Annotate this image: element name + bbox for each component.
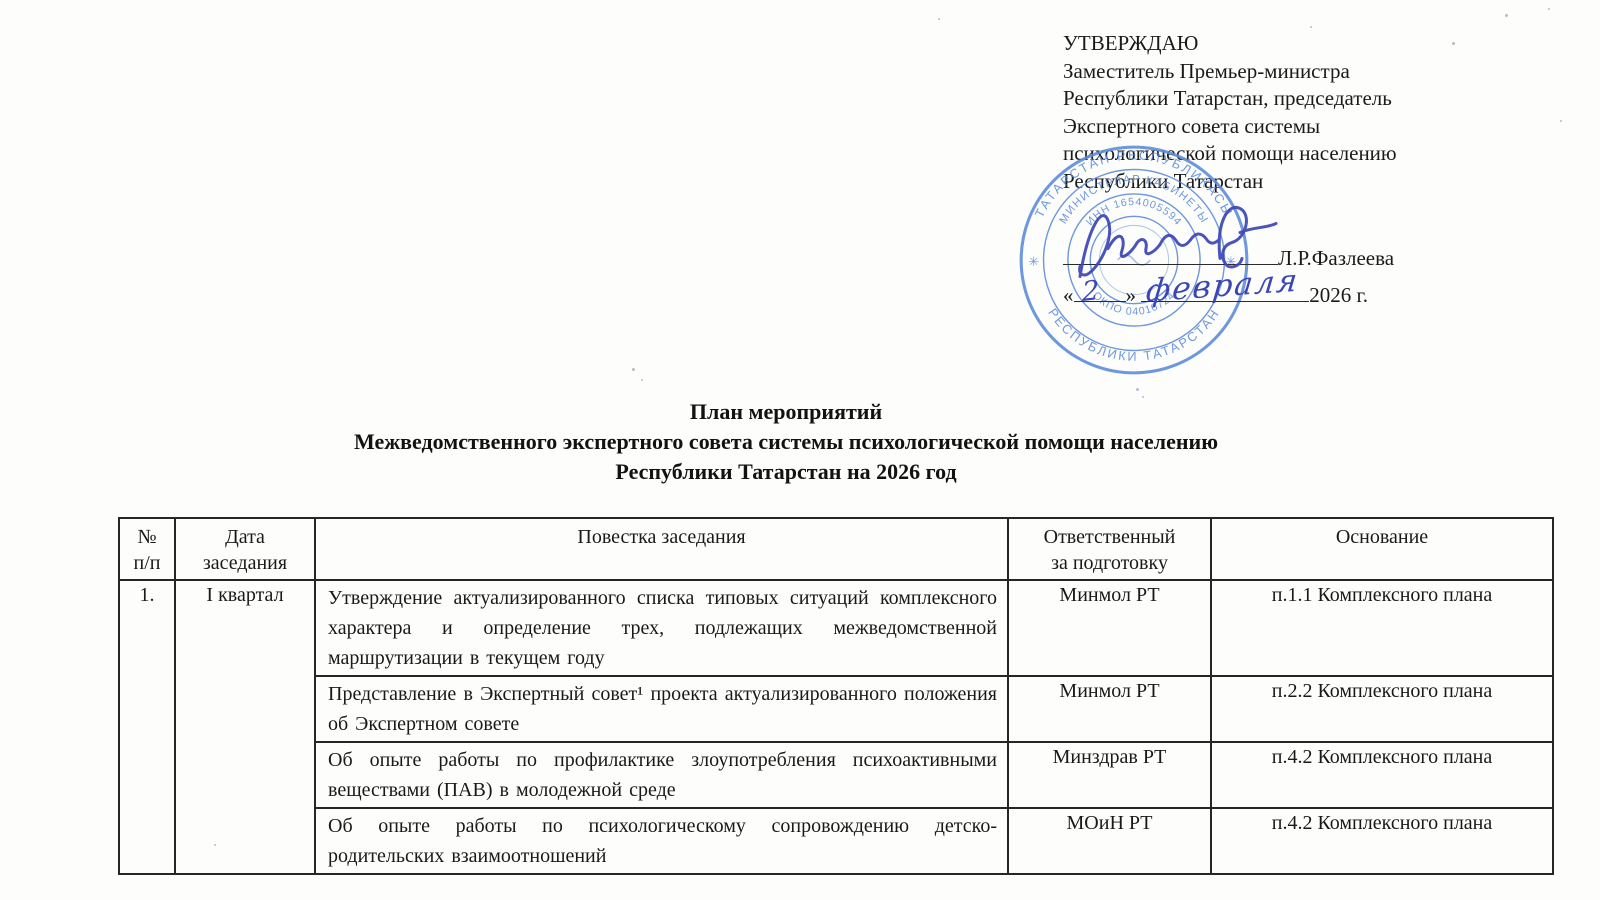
col-header-basis: Основание [1211,518,1553,580]
responsible-cell: Минмол РТ [1008,580,1211,676]
basis-cell: п.2.2 Комплексного плана [1211,676,1553,742]
col-header-date: Дата заседания [175,518,315,580]
title-line: План мероприятий [0,397,1572,427]
scan-noise [1142,396,1144,398]
col-header-responsible: Ответственный за подготовку [1008,518,1211,580]
agenda-cell: Об опыте работы по психологическому сопр… [315,808,1008,874]
table-row: 1. I квартал Утверждение актуализированн… [119,580,1553,676]
approval-line: Республики Татарстан, председатель [1063,85,1523,113]
col-header-agenda: Повестка заседания [315,518,1008,580]
scan-noise [1310,26,1312,28]
scan-noise [1548,8,1550,10]
scan-noise [938,18,940,20]
approval-line: Экспертного совета системы [1063,113,1523,141]
scan-noise [1560,120,1562,122]
row-number-cell: 1. [119,580,175,874]
responsible-cell: Минздрав РТ [1008,742,1211,808]
title-line: Республики Татарстан на 2026 год [0,457,1572,487]
table-header-row: № п/п Дата заседания Повестка заседания … [119,518,1553,580]
agenda-cell: Утверждение актуализированного списка ти… [315,580,1008,676]
scanned-document-page: УТВЕРЖДАЮ Заместитель Премьер-министра Р… [0,0,1600,900]
scan-noise [1505,14,1508,17]
responsible-cell: МОиН РТ [1008,808,1211,874]
table-row: Об опыте работы по профилактике злоупотр… [119,742,1553,808]
agenda-cell: Об опыте работы по профилактике злоупотр… [315,742,1008,808]
document-title: План мероприятий Межведомственного экспе… [0,397,1572,487]
scan-noise [632,368,635,371]
stamp-star-left-icon: ✳ [1028,254,1039,269]
basis-cell: п.4.2 Комплексного плана [1211,742,1553,808]
quarter-cell: I квартал [175,580,315,874]
scan-noise [641,379,643,381]
basis-cell: п.1.1 Комплексного плана [1211,580,1553,676]
title-line: Межведомственного экспертного совета сис… [0,427,1572,457]
year-text: 2026 г. [1309,283,1368,307]
responsible-cell: Минмол РТ [1008,676,1211,742]
col-header-num: № п/п [119,518,175,580]
scan-noise [214,844,216,846]
handwritten-signature [1068,196,1283,296]
scan-noise [1136,388,1139,391]
table-row: Об опыте работы по психологическому сопр… [119,808,1553,874]
agenda-cell: Представление в Экспертный совет¹ проект… [315,676,1008,742]
table-row: Представление в Экспертный совет¹ проект… [119,676,1553,742]
approval-line: Заместитель Премьер-министра [1063,58,1523,86]
basis-cell: п.4.2 Комплексного плана [1211,808,1553,874]
plan-table: № п/п Дата заседания Повестка заседания … [118,517,1554,875]
scan-noise [1452,42,1455,45]
